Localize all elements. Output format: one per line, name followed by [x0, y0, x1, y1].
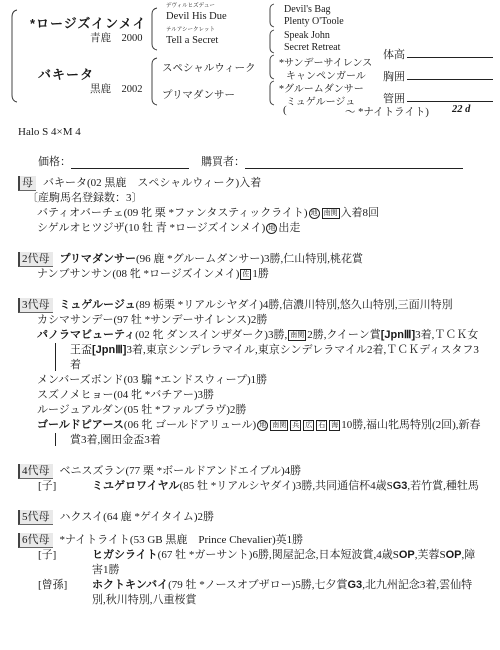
granddam-section: 2代母プリマダンサー(96 鹿 *グルームダンサー)3勝,仁山特別,桃花賞 ナン… [18, 252, 485, 282]
text-run: カシマサンデー(97 牡 *サンデーサイレンス)2勝 [37, 314, 267, 326]
sixth-dam-header: 6代母*ナイトライト(53 GB 黒鹿 Prince Chevalier)英1勝 [18, 533, 485, 548]
regional-box-mark: 広 [303, 420, 314, 431]
cannon-fill-line [407, 90, 493, 102]
generation-label: 5代母 [18, 510, 53, 525]
granddam-header: 2代母プリマダンサー(96 鹿 *グルームダンサー)3勝,仁山特別,桃花賞 [18, 252, 485, 267]
text-run: (02 牝 ダンスインザダーク)3勝, [135, 329, 287, 341]
measurement-height-row: 体高 [383, 46, 493, 62]
third-dam-section: 3代母ミュゲルージュ(89 栃栗 *リアルシヤダイ)4勝,信濃川特別,悠久山特別… [18, 298, 485, 448]
text-run: ,若竹賞,種牡馬 [407, 480, 479, 492]
text-run: (89 栃栗 *リアルシヤダイ)4勝,信濃川特別,悠久山特別,三面川特別 [136, 299, 453, 311]
produce-record-line: ナンブサンサン(08 牝 *ロージズインメイ)佐1勝 [18, 267, 485, 282]
regional-circle-mark: 地 [309, 208, 320, 219]
family-number: 22 d [452, 104, 470, 115]
dam-header: 母バキータ(02 黒鹿 スペシャルウィーク)入着 [18, 176, 485, 191]
regional-box-mark: 南関 [288, 330, 306, 341]
pedigree-gen2-node: スペシャルウィーク [162, 53, 256, 75]
text-run: ルージュアルダン(05 牡 *ファルブラヴ)2勝 [37, 404, 246, 416]
sire-name: *ロージズインメイ [30, 16, 147, 31]
pedigree-gen2-node: テルアシークレット Tell a Secret [166, 27, 218, 46]
gen3-name: Secret Retreat [284, 42, 340, 53]
bold-horse-name: G3 [348, 579, 363, 591]
text-run: ベニスズラン(77 栗 *ボールドアンドエイブル)4勝 [60, 465, 302, 477]
relation-prefix: [曾孫] [38, 578, 92, 593]
buyer-label: 購買者： [201, 156, 245, 168]
text-run: (06 牝 ゴールドアリュール) [124, 419, 256, 431]
text-run: 〔産駒馬名登録数：3〕 [27, 192, 143, 204]
produce-record-line: シゲルオヒツジザ(10 牡 青 *ロージズインメイ)地出走 [18, 221, 485, 236]
bold-horse-name: パノラマビューティ [37, 329, 135, 341]
price-label: 価格： [38, 156, 71, 168]
furigana-label: テルアシークレット [166, 27, 218, 34]
text-run: (79 牡 *ノースオブザロー)5勝,七夕賞 [168, 579, 347, 591]
produce-record-line: ゴールドピアース(06 牝 ゴールドアリュール)地南関兵広石海10勝,福山牝馬特… [18, 418, 485, 448]
sixth-dam-section: 6代母*ナイトライト(53 GB 黒鹿 Prince Chevalier)英1勝… [18, 533, 485, 608]
female-family-record: 母バキータ(02 黒鹿 スペシャルウィーク)入着 〔産駒馬名登録数：3〕 バティ… [18, 176, 485, 624]
produce-record-line: ルージュアルダン(05 牡 *ファルブラヴ)2勝 [18, 403, 485, 418]
buyer-fill-line [245, 156, 463, 169]
text-run: (85 牡 *リアルシヤダイ)3勝,共同通信杯4歳S [180, 480, 393, 492]
produce-count-note: 〔産駒馬名登録数：3〕 [18, 191, 485, 206]
height-label: 体高 [383, 49, 405, 61]
chest-fill-line [407, 68, 493, 80]
gen3-name: Speak John [284, 30, 330, 41]
regional-box-mark: 佐 [240, 269, 251, 280]
fourth-dam-section: 4代母ベニスズラン(77 栗 *ボールドアンドエイブル)4勝 [子]ミユゲロワイ… [18, 464, 485, 494]
height-fill-line [407, 46, 493, 58]
chest-label: 胸囲 [383, 71, 405, 83]
regional-box-mark: 南関 [270, 420, 288, 431]
descendant-record-line: [曾孫]ホクトキンバイ(79 牡 *ノースオブザロー)5勝,七夕賞G3,北九州記… [18, 578, 485, 608]
descendant-record-line: [子]ミユゲロワイヤル(85 牡 *リアルシヤダイ)3勝,共同通信杯4歳SG3,… [18, 479, 485, 494]
bold-horse-name: OP [399, 549, 415, 561]
dam-name: バキータ [38, 67, 94, 82]
relation-prefix: [子] [38, 479, 92, 494]
gen2-name: スペシャルウィーク [162, 63, 256, 74]
produce-record-line: メンバーズボンド(03 騸 *エンドスウィープ)1勝 [18, 373, 485, 388]
text-run: 1勝 [252, 268, 269, 280]
bold-horse-name: [JpnⅢ] [92, 344, 126, 356]
text-run: スズノメヒョー(04 牝 *バチアー)3勝 [37, 389, 214, 401]
generation-label: 3代母 [18, 298, 53, 313]
bold-horse-name: ヒガシライト [92, 549, 158, 561]
text-run: バティオバーチェ(09 牝 栗 *ファンタスティックライト) [37, 207, 308, 219]
dam-section: 母バキータ(02 黒鹿 スペシャルウィーク)入着 〔産駒馬名登録数：3〕 バティ… [18, 176, 485, 236]
generation-label: 6代母 [18, 533, 53, 548]
pedigree-gen2-node: デヴィルヒズデュー Devil His Due [166, 3, 227, 22]
bold-horse-name: OP [446, 549, 462, 561]
fourth-dam-header: 4代母ベニスズラン(77 栗 *ボールドアンドエイブル)4勝 [18, 464, 485, 479]
pedigree-sire-node: *ロージズインメイ 青鹿 2000 [30, 13, 147, 32]
regional-box-mark: 海 [329, 420, 340, 431]
family-line-open-paren: ( [283, 104, 287, 116]
gen3-name: Devil's Bag [284, 4, 331, 15]
text-run: メンバーズボンド(03 騸 *エンドスウィープ)1勝 [37, 374, 267, 386]
fifth-dam-header: 5代母ハクスイ(64 鹿 *ゲイタイム)2勝 [18, 510, 485, 525]
third-dam-header: 3代母ミュゲルージュ(89 栃栗 *リアルシヤダイ)4勝,信濃川特別,悠久山特別… [18, 298, 485, 313]
pedigree-chart: *ロージズインメイ 青鹿 2000 バキータ 黒鹿 2002 デヴィルヒズデュー… [0, 0, 500, 125]
family-line-row: ( ～ *ナイトライト) 22 d [0, 104, 500, 120]
pedigree-gen2-node: プリマダンサー [162, 80, 235, 102]
gen3-name: Plenty O'Toole [284, 16, 344, 27]
text-run: シゲルオヒツジザ(10 牡 青 *ロージズインメイ) [37, 222, 265, 234]
price-fill-line [71, 156, 189, 169]
regional-box-mark: 兵 [290, 420, 301, 431]
bold-horse-name: ミュゲルージュ [60, 299, 136, 311]
furigana-label [162, 80, 235, 87]
catalog-page: *ロージズインメイ 青鹿 2000 バキータ 黒鹿 2002 デヴィルヒズデュー… [0, 0, 500, 650]
bold-horse-name: [JpnⅢ] [381, 329, 415, 341]
text-run: (96 鹿 *グルームダンサー)3勝,仁山特別,桃花賞 [136, 253, 363, 265]
descendant-record-line: [子]ヒガシライト(67 牡 *ガーサント)6勝,関屋記念,日本短波賞,4歳SO… [18, 548, 485, 578]
gen2-name: Devil His Due [166, 11, 227, 22]
bold-horse-name: G3 [393, 480, 408, 492]
family-line-text: ～ *ナイトライト) [345, 104, 429, 119]
regional-circle-mark: 地 [257, 420, 268, 431]
text-run: ナンブサンサン(08 牝 *ロージズインメイ) [37, 268, 239, 280]
furigana-label [162, 53, 256, 60]
bold-horse-name: プリマダンサー [60, 253, 136, 265]
text-run: (67 牡 *ガーサント)6勝,関屋記念,日本短波賞,4歳S [158, 549, 399, 561]
text-run: ,芙蓉S [415, 549, 446, 561]
bold-horse-name: ホクトキンバイ [92, 579, 168, 591]
inbreeding-note: Halo S 4×M 4 [18, 126, 81, 138]
produce-record-line: カシマサンデー(97 牡 *サンデーサイレンス)2勝 [18, 313, 485, 328]
text-run: 出走 [278, 222, 300, 234]
pedigree-dam-node: バキータ 黒鹿 2002 [38, 64, 94, 83]
furigana-label: デヴィルヒズデュー [166, 3, 227, 10]
relation-prefix: [子] [38, 548, 92, 563]
produce-record-line: バティオバーチェ(09 牝 栗 *ファンタスティックライト)地南関入着8回 [18, 206, 485, 221]
dam-color-year: 黒鹿 2002 [90, 81, 143, 96]
text-run: ハクスイ(64 鹿 *ゲイタイム)2勝 [60, 511, 215, 523]
measurement-chest-row: 胸囲 [383, 68, 493, 84]
generation-label: 2代母 [18, 252, 53, 267]
produce-record-line: パノラマビューティ(02 牝 ダンスインザダーク)3勝,南関2勝,クイーン賞[J… [18, 328, 485, 373]
generation-label: 4代母 [18, 464, 53, 479]
regional-circle-mark: 地 [266, 223, 277, 234]
text-run: 2勝,クイーン賞 [307, 329, 380, 341]
bold-horse-name: ゴールドピアース [37, 419, 124, 431]
text-run: 入着8回 [341, 207, 380, 219]
text-run: 3着,東京シンデレラマイル,東京シンデレラマイル2着,ＴＣＫディスタフ3着 [70, 344, 479, 371]
bold-horse-name: ミユゲロワイヤル [92, 480, 180, 492]
regional-box-mark: 石 [316, 420, 327, 431]
fifth-dam-section: 5代母ハクスイ(64 鹿 *ゲイタイム)2勝 [18, 510, 485, 525]
gen2-name: プリマダンサー [162, 90, 235, 101]
produce-record-line: スズノメヒョー(04 牝 *バチアー)3勝 [18, 388, 485, 403]
generation-label: 母 [18, 176, 36, 191]
regional-box-mark: 南関 [322, 208, 340, 219]
gen2-name: Tell a Secret [166, 35, 218, 46]
sire-color-year: 青鹿 2000 [90, 30, 143, 45]
sale-row: 価格：購買者： [38, 153, 483, 169]
text-run: バキータ(02 黒鹿 スペシャルウィーク)入着 [43, 177, 261, 189]
text-run: *ナイトライト(53 GB 黒鹿 Prince Chevalier)英1勝 [60, 534, 304, 546]
